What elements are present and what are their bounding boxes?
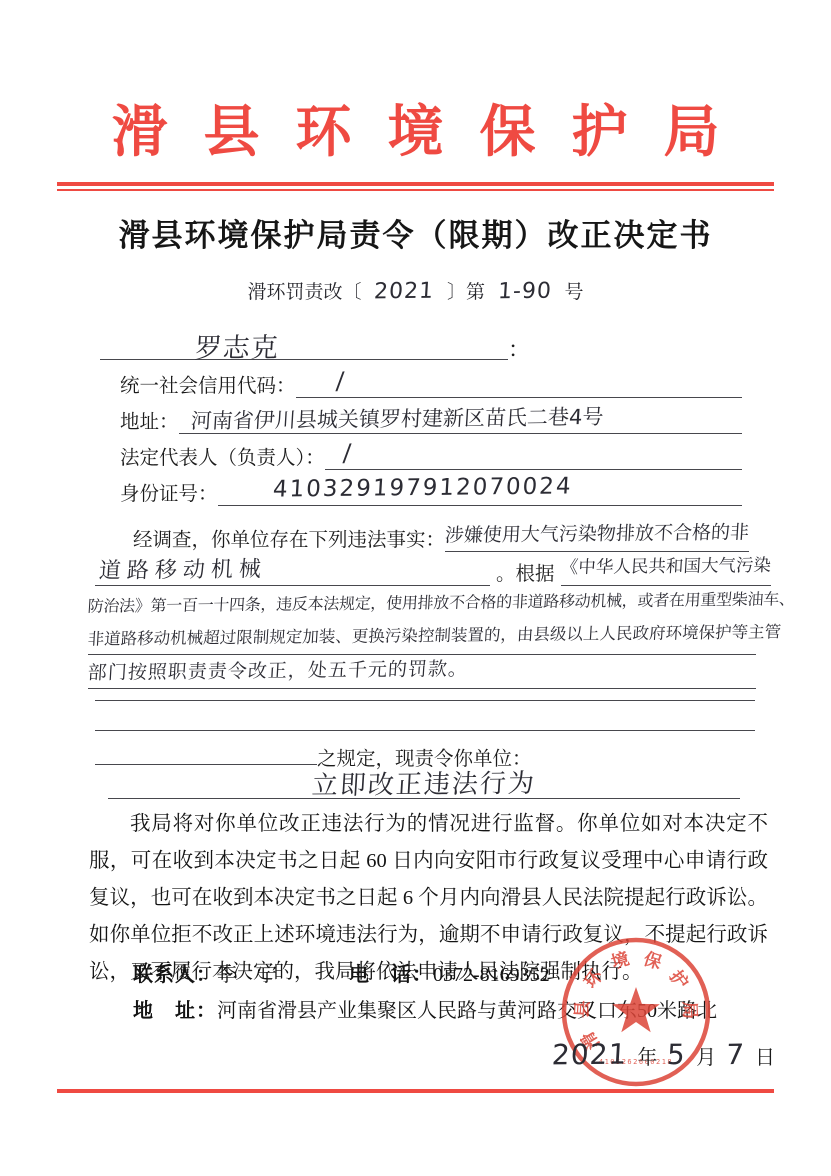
address-row: 地址： 河南省伊川县城关镇罗村建新区苗氏二巷4号 [120, 404, 742, 434]
blank-line-2 [95, 706, 755, 731]
doc-number-mid: 〕第 [447, 282, 485, 303]
contact-phone-label: 电 话： [349, 964, 433, 986]
office-address-label: 地 址： [133, 1000, 217, 1022]
date-row: 2021 年 5 月 7 日 [0, 1038, 831, 1071]
genju-label: 。根据 [496, 558, 555, 586]
seal-char-5: 保 [641, 948, 664, 973]
id-number-underline: 410329197912070024 [218, 475, 742, 506]
recipient-name-underline: 罗志克 [100, 326, 508, 360]
letterhead-agency-name: 滑县环境保护局 [0, 88, 831, 168]
date-month-label: 月 [696, 1041, 716, 1070]
legal-rep-value-handwritten: / [342, 439, 353, 467]
address-value-handwritten: 河南省伊川县城关镇罗村建新区苗氏二巷4号 [189, 401, 603, 435]
date-year-label: 年 [637, 1041, 657, 1070]
letterhead-rule-thick [57, 182, 774, 186]
contact-phone-value: 0372-8169352 [433, 964, 550, 986]
date-year-handwritten: 2021 [551, 1038, 628, 1072]
recipient-name-handwritten: 罗志克 [194, 326, 280, 366]
facts-handwritten-2: 道路移动机械 [98, 552, 268, 585]
seal-char-3: 环 [580, 965, 607, 991]
doc-number-suffix: 号 [564, 282, 583, 303]
id-number-value-handwritten: 410329197912070024 [272, 473, 573, 502]
facts-intro-row: 经调查，你单位存在下列违法事实： 涉嫌使用大气污染物排放不合格的非 [95, 520, 742, 552]
blank-line-1 [95, 676, 755, 701]
credit-code-label: 统一社会信用代码： [120, 370, 296, 398]
recipient-name-row: 罗志克： [0, 326, 831, 362]
law-handwritten-3: 非道路移动机械超过限制规定加装、更换污染控制装置的，由县级以上人民政府环境保护等… [87, 618, 782, 649]
contact-person-label: 联系人： [133, 964, 217, 986]
credit-code-underline: / [296, 367, 742, 398]
provision-underline [95, 736, 317, 765]
doc-number-year-handwritten: 2021 [374, 279, 436, 305]
order-row: 立即改正违法行为 [108, 764, 740, 799]
seal-char-4: 境 [609, 948, 632, 972]
law-handwritten-2: 防治法》第一百一十四条，违反本法规定，使用排放不合格的非道路移动机械，或者在用重… [87, 586, 795, 616]
legal-rep-underline: / [325, 439, 742, 470]
id-number-row: 身份证号： 410329197912070024 [120, 476, 742, 506]
law-underline-1: 《中华人民共和国大气污染 [561, 553, 771, 586]
document-number: 滑环罚责改〔 2021 〕第 1-90 号 [0, 277, 831, 304]
facts-handwritten-1: 涉嫌使用大气污染物排放不合格的非 [444, 517, 750, 547]
law-row-2: 防治法》第一百一十四条，违反本法规定，使用排放不合格的非道路移动机械，或者在用重… [88, 590, 778, 622]
seal-char-2: 县 [572, 999, 593, 1018]
facts-underline-1: 涉嫌使用大气污染物排放不合格的非 [445, 519, 749, 552]
letterhead-rule-thin [57, 189, 774, 191]
id-number-label: 身份证号： [120, 478, 218, 506]
credit-code-value-handwritten: / [335, 367, 346, 395]
date-month-handwritten: 5 [666, 1038, 687, 1071]
credit-code-row: 统一社会信用代码： / [120, 368, 742, 398]
facts-legal-row: 道路移动机械 。根据 《中华人民共和国大气污染 [95, 554, 760, 586]
address-label: 地址： [120, 406, 179, 434]
doc-number-prefix: 滑环罚责改〔 [248, 282, 362, 303]
document-title: 滑县环境保护局责令（限期）改正决定书 [0, 210, 831, 255]
date-day-label: 日 [755, 1041, 775, 1070]
legal-rep-label: 法定代表人（负责人）： [120, 442, 325, 470]
law-row-3: 非道路移动机械超过限制规定加装、更换污染控制装置的，由县级以上人民政府环境保护等… [88, 622, 756, 655]
law-handwritten-1: 《中华人民共和国大气污染 [560, 552, 772, 579]
legal-rep-row: 法定代表人（负责人）： / [120, 440, 742, 470]
address-underline: 河南省伊川县城关镇罗村建新区苗氏二巷4号 [179, 403, 742, 434]
contact-person-value: 李 宁 [217, 964, 277, 986]
scanned-document-page: 滑县环境保护局 滑县环境保护局责令（限期）改正决定书 滑环罚责改〔 2021 〕… [0, 0, 831, 1176]
order-handwritten: 立即改正违法行为 [311, 763, 537, 802]
facts-underline-2: 道路移动机械 [95, 553, 490, 586]
contact-row: 联系人：李 宁电 话：0372-8169352 [133, 958, 550, 987]
date-day-handwritten: 7 [725, 1038, 746, 1071]
facts-intro-label: 经调查，你单位存在下列违法事实： [95, 524, 445, 552]
doc-number-no-handwritten: 1-90 [497, 279, 552, 305]
recipient-name-colon: ： [508, 337, 530, 362]
seal-char-6: 护 [666, 966, 693, 992]
seal-char-7: 局 [680, 1001, 701, 1019]
seal-star-icon [612, 987, 660, 1032]
